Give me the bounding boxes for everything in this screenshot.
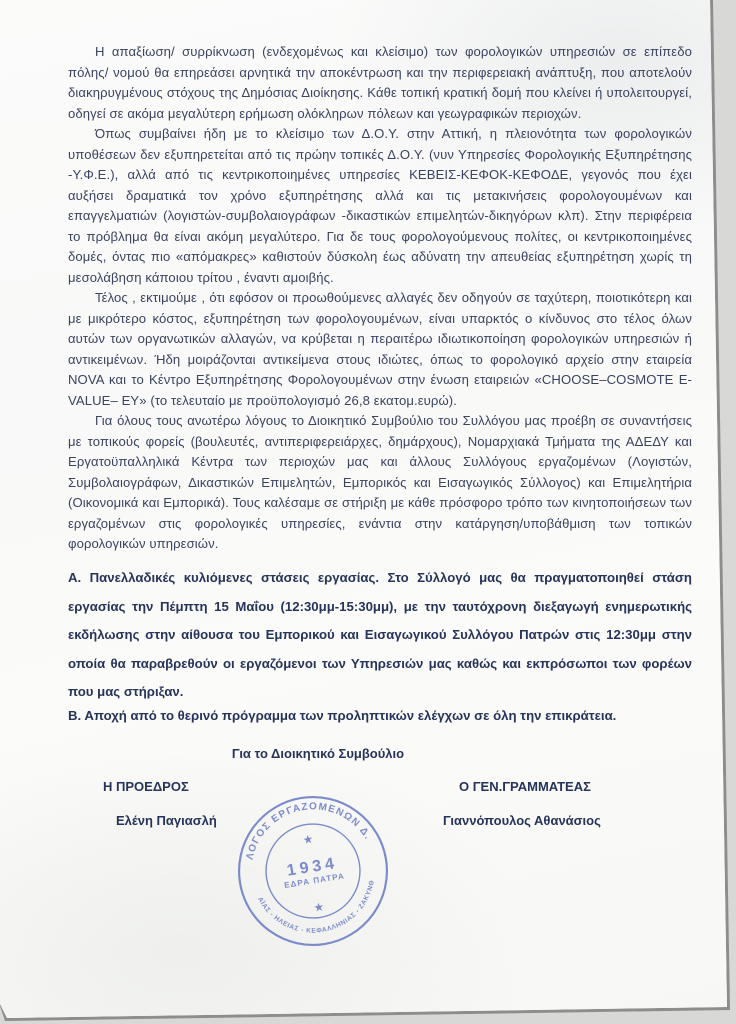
paragraph: Όπως συμβαίνει ήδη με το κλείσιμο των Δ.… — [68, 124, 692, 288]
paragraph: Τέλος , εκτιμούμε , ότι εφόσον οι προωθο… — [68, 288, 692, 411]
section-b-abstention: Β. Αποχή από το θερινό πρόγραμμα των προ… — [68, 706, 692, 726]
union-round-stamp: ΣΥΛΛΟΓΟΣ ΕΡΓΑΖΟΜΕΝΩΝ Δ.Ο.Υ. ΑΧΑΪΑΣ - ΗΛΕ… — [225, 783, 401, 959]
signature-name-president: Ελένη Παγιασλή — [116, 813, 217, 828]
closing-for-the-board: Για το Διοικητικό Συμβούλιο — [68, 746, 568, 761]
signature-role-president: Η ΠΡΟΕΔΡΟΣ — [103, 779, 189, 794]
stamp-star-bottom-icon: ★ — [314, 902, 325, 914]
signature-name-secretary: Γιαννόπουλος Αθανάσιος — [443, 813, 601, 828]
signature-role-secretary: Ο ΓΕΝ.ΓΡΑΜΜΑΤΕΑΣ — [459, 779, 591, 794]
document-body: Η απαξίωση/ συρρίκνωση (ενδεχομένως και … — [68, 42, 692, 555]
paragraph: Για όλους τους ανωτέρω λόγους το Διοικητ… — [68, 411, 692, 555]
stamp-star-top-icon: ★ — [303, 834, 314, 846]
paragraph: Η απαξίωση/ συρρίκνωση (ενδεχομένως και … — [68, 42, 692, 124]
scanned-document-page: Η απαξίωση/ συρρίκνωση (ενδεχομένως και … — [0, 0, 736, 1024]
section-a-work-stoppage: Α. Πανελλαδικές κυλιόμενες στάσεις εργασ… — [68, 564, 692, 707]
stamp-seal-icon: ΣΥΛΛΟΓΟΣ ΕΡΓΑΖΟΜΕΝΩΝ Δ.Ο.Υ. ΑΧΑΪΑΣ - ΗΛΕ… — [225, 783, 401, 959]
